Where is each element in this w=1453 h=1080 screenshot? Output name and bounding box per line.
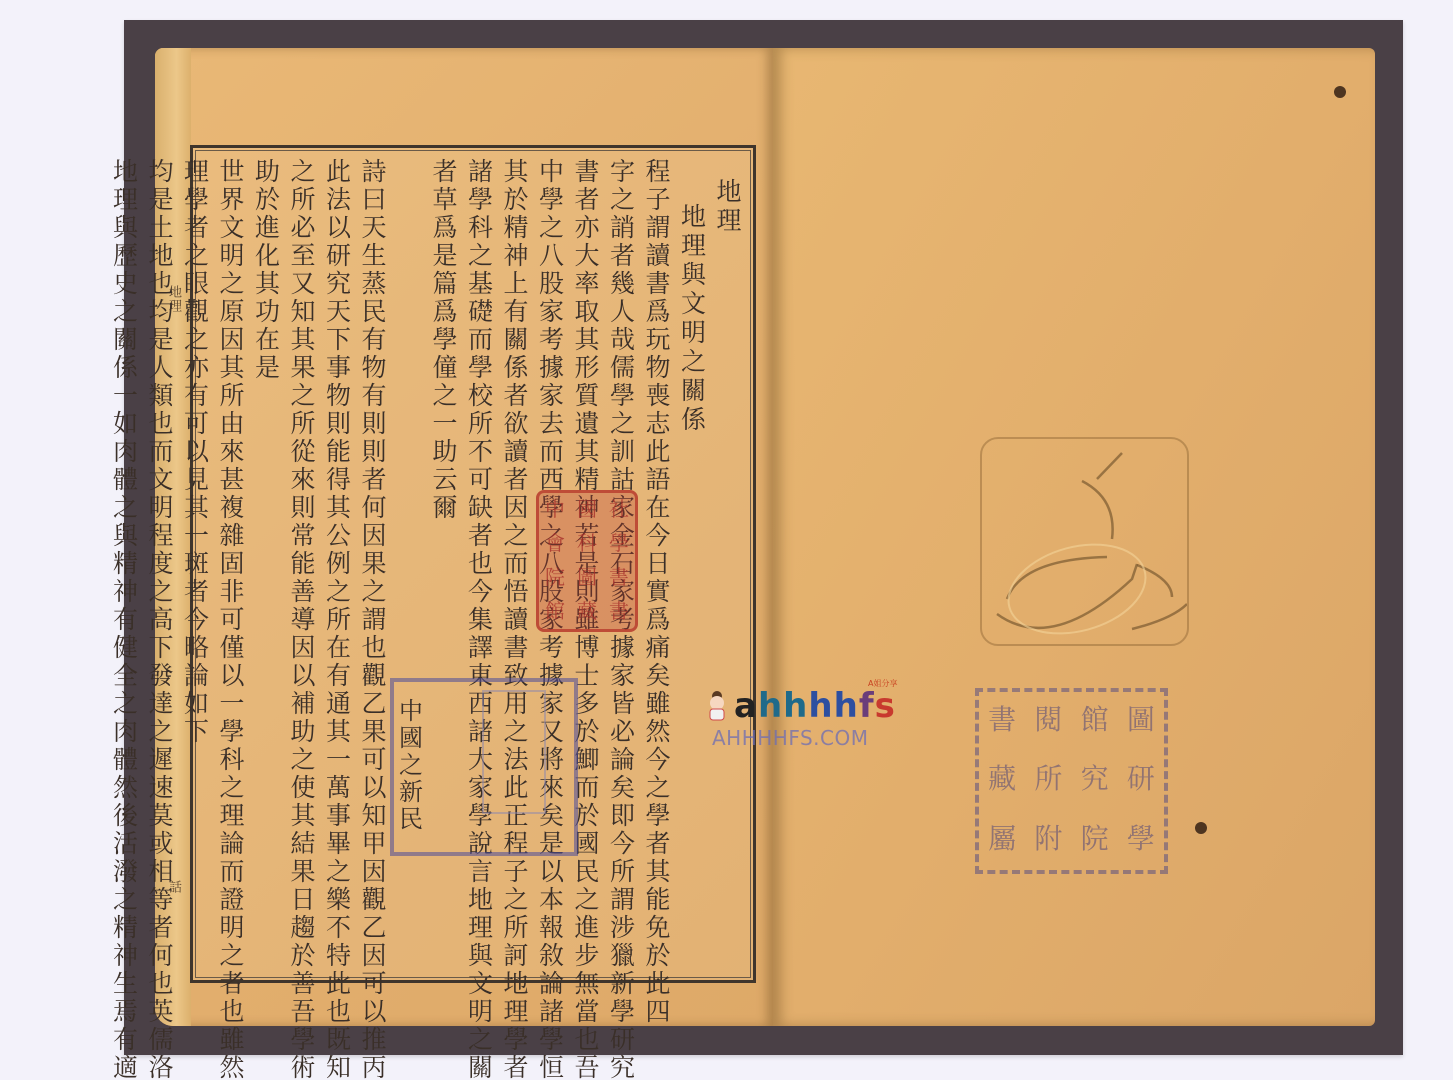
stamp-char: 研	[1118, 751, 1164, 810]
seal-char: 學	[603, 527, 635, 561]
text-column: 程子謂讀書爲玩物喪志此語在今日實爲痛矣雖然今之學者其能免於此四	[639, 158, 675, 970]
logo-letter: s	[875, 686, 896, 726]
logo-letter: a	[734, 686, 758, 726]
text-column: 之所必至又知其果之所從來則常能善導因以補助之使其結果日趨於善吾學術之有	[284, 158, 320, 970]
stamp-char: 圖	[1118, 692, 1164, 751]
seal-char: 科	[571, 527, 603, 561]
stamp-char: 閱	[1025, 692, 1071, 751]
stamp-char: 藏	[979, 751, 1025, 810]
site-watermark: ahhhhfs A姐分享 AHHHHFS.COM	[700, 686, 940, 756]
section-label: 地理	[710, 158, 746, 970]
seal-char: 社	[603, 493, 635, 527]
logo-letter: h	[758, 686, 783, 726]
text-column: 理學者之眼觀之亦有可以見其一斑者今略論如下	[177, 158, 213, 970]
purple-library-stamp: 書 閱 館 圖 藏 所 究 研 屬 附 院 學	[975, 688, 1168, 874]
seal-char: 國	[571, 493, 603, 527]
stamp-char: 館	[1072, 692, 1118, 751]
ink-spot	[1195, 822, 1207, 834]
library-emblem-icon	[980, 437, 1189, 646]
seal-char: 圖	[571, 561, 603, 595]
text-column: 世界文明之原因其所由來甚複雜固非可僅以一學科之理論而證明之者也雖然以地	[213, 158, 249, 970]
mascot-icon	[704, 690, 730, 722]
stamp-char: 院	[1072, 811, 1118, 870]
red-library-seal: 中 國 社 會 科 學 院 圖 書 館 藏 書	[536, 490, 638, 632]
text-column: 均是土地也均是人類也而文明程度之高下發達之遲速莫或相等者何也英儒洛克曰	[142, 158, 178, 970]
seal-char: 藏	[571, 595, 603, 629]
watermark-logo: ahhhhfs	[734, 686, 896, 726]
stamp-char: 學	[1118, 811, 1164, 870]
article-title: 地理與文明之關係	[674, 158, 710, 970]
logo-letter: h	[808, 686, 833, 726]
stamp-char: 附	[1025, 811, 1071, 870]
seal-char: 書	[603, 561, 635, 595]
seal-char: 館	[539, 595, 571, 629]
text-column: 地理與歷史之關係一如肉體之與精神有健全之肉體然後活潑之精神生焉有適宜之	[106, 158, 142, 970]
logo-letter: h	[783, 686, 808, 726]
watermark-badge: A姐分享	[868, 678, 897, 689]
stamp-char: 書	[979, 692, 1025, 751]
scanned-book-spread: 地理 話 地理 地理與文明之關係 程子謂讀書爲玩物喪志此語在今日實爲痛矣雖然今之…	[124, 20, 1403, 1055]
faint-stamp	[482, 690, 546, 814]
stamp-char: 究	[1072, 751, 1118, 810]
text-frame: 地理 地理與文明之關係 程子謂讀書爲玩物喪志此語在今日實爲痛矣雖然今之學者其能免…	[190, 145, 756, 983]
stamp-char: 屬	[979, 811, 1025, 870]
watermark-url: AHHHHFS.COM	[712, 726, 869, 750]
seal-char: 院	[539, 561, 571, 595]
logo-letter: f	[859, 686, 875, 726]
seal-char: 會	[539, 527, 571, 561]
stamp-char: 所	[1025, 751, 1071, 810]
ink-spot	[1334, 86, 1346, 98]
seal-char: 書	[603, 595, 635, 629]
logo-letter: h	[834, 686, 859, 726]
text-column: 此法以研究天下事物則能得其公例之所在有通其一萬事畢之樂不特此也既知其果	[319, 158, 355, 970]
seal-char: 中	[539, 493, 571, 527]
text-column: 助於進化其功在是	[248, 158, 284, 970]
text-column: 詩曰天生蒸民有物有則則者何因果之謂也觀乙果可以知甲因觀乙因可以推丙果苟持	[355, 158, 391, 970]
